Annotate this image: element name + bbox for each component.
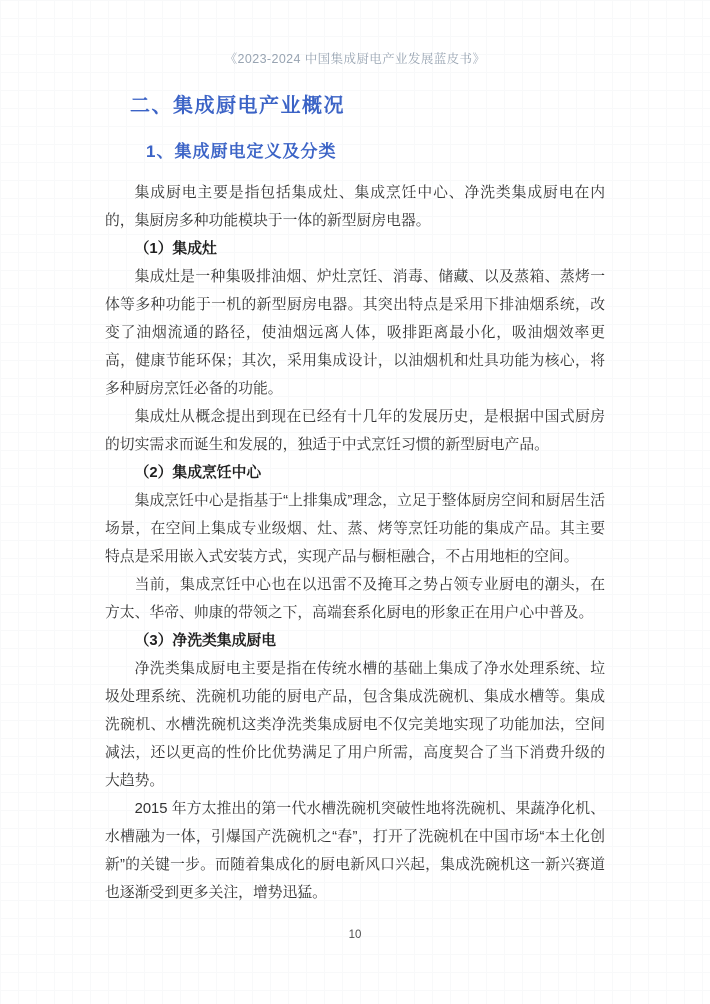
paragraph-sink-dishwasher-history: 2015 年方太推出的第一代水槽洗碗机突破性地将洗碗机、果蔬净化机、水槽融为一体…	[105, 795, 605, 907]
subheading-integrated-stove: （1）集成灶	[105, 235, 605, 263]
paragraph-cooking-center-definition: 集成烹饪中心是指基于“上排集成”理念，立足于整体厨房空间和厨居生活场景，在空间上…	[105, 487, 605, 571]
subheading-integrated-cooking-center: （2）集成烹饪中心	[105, 459, 605, 487]
paragraph-washing-category-definition: 净洗类集成厨电主要是指在传统水槽的基础上集成了净水处理系统、垃圾处理系统、洗碗机…	[105, 655, 605, 795]
subheading-washing-category: （3）净洗类集成厨电	[105, 627, 605, 655]
page-content: 二、集成厨电产业概况 1、集成厨电定义及分类 集成厨电主要是指包括集成灶、集成烹…	[105, 92, 605, 907]
paragraph-integrated-stove-history: 集成灶从概念提出到现在已经有十几年的发展历史，是根据中国式厨房的切实需求而诞生和…	[105, 403, 605, 459]
paragraph-integrated-stove-features: 集成灶是一种集吸排油烟、炉灶烹饪、消毒、储藏、以及蒸箱、蒸烤一体等多种功能于一机…	[105, 263, 605, 403]
subsection-title: 1、集成厨电定义及分类	[105, 140, 605, 164]
section-title: 二、集成厨电产业概况	[105, 92, 605, 120]
paragraph-cooking-center-trend: 当前，集成烹饪中心也在以迅雷不及掩耳之势占领专业厨电的潮头，在方太、华帝、帅康的…	[105, 571, 605, 627]
paragraph-definition-intro: 集成厨电主要是指包括集成灶、集成烹饪中心、净洗类集成厨电在内的，集厨房多种功能模…	[105, 179, 605, 235]
document-page: 《2023-2024 中国集成厨电产业发展蓝皮书》 二、集成厨电产业概况 1、集…	[0, 0, 710, 1004]
document-header-title: 《2023-2024 中国集成厨电产业发展蓝皮书》	[0, 49, 710, 67]
body-text: 集成厨电主要是指包括集成灶、集成烹饪中心、净洗类集成厨电在内的，集厨房多种功能模…	[105, 179, 605, 907]
page-number: 10	[0, 929, 710, 941]
